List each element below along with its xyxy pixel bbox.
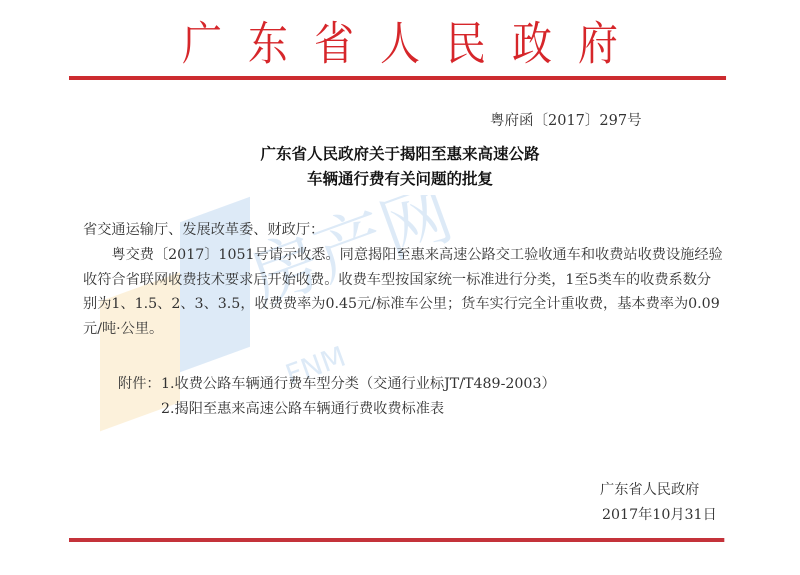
page-header-title: 广东省人民政府 — [0, 8, 800, 74]
signature-issuer: 广东省人民政府 — [600, 478, 717, 503]
attachment-text-2: 2.揭阳至惠来高速公路车辆通行费收费标准表 — [161, 401, 444, 417]
document-body: 省交通运输厅、发展改革委、财政厅： 粤交费〔2017〕1051号请示收悉。同意揭… — [83, 218, 723, 342]
document-title: 广东省人民政府关于揭阳至惠来高速公路 车辆通行费有关问题的批复 — [0, 142, 800, 192]
header-red-rule — [69, 76, 726, 80]
recipients-line: 省交通运输厅、发展改革委、财政厅： — [83, 218, 723, 243]
document-title-line-2: 车辆通行费有关问题的批复 — [0, 167, 800, 192]
document-number: 粤府函〔2017〕297号 — [490, 109, 642, 130]
attachment-text-1: 1.收费公路车辆通行费车型分类（交通行业标JT/T489-2003） — [161, 376, 556, 392]
footer-red-rule — [69, 538, 724, 542]
body-paragraph: 粤交费〔2017〕1051号请示收悉。同意揭阳至惠来高速公路交工验收通车和收费站… — [83, 243, 723, 342]
attachment-item-2: 2.揭阳至惠来高速公路车辆通行费收费标准表 — [118, 397, 556, 422]
signature-date: 2017年10月31日 — [602, 503, 717, 528]
attachments-label: 附件： — [118, 372, 161, 397]
document-title-line-1: 广东省人民政府关于揭阳至惠来高速公路 — [0, 142, 800, 167]
signature-block: 广东省人民政府 2017年10月31日 — [600, 478, 717, 528]
attachment-item-1: 附件：1.收费公路车辆通行费车型分类（交通行业标JT/T489-2003） — [118, 372, 556, 397]
attachments-section: 附件：1.收费公路车辆通行费车型分类（交通行业标JT/T489-2003） 2.… — [118, 372, 556, 422]
